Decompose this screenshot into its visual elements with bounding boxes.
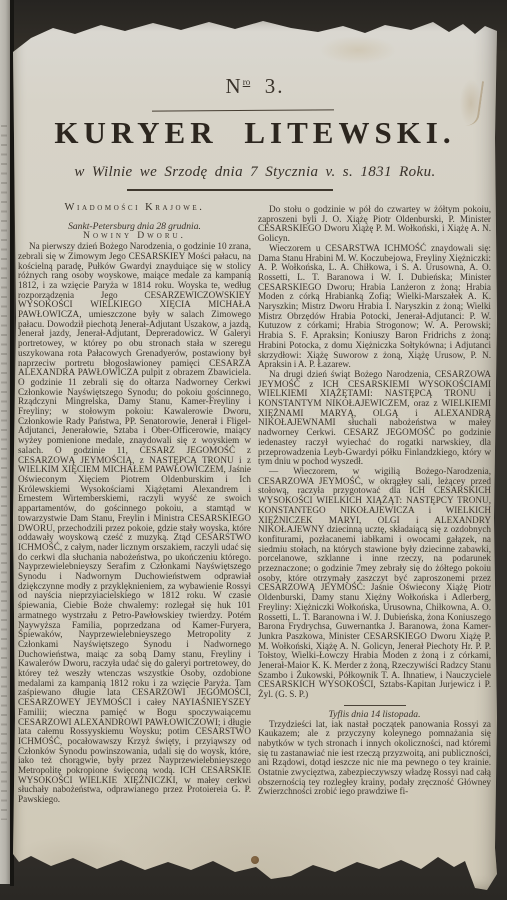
issue-underline-rule: [152, 109, 334, 111]
article-paragraph: — Wieczorem, w wigilią Bożego-Narodzenia…: [258, 467, 491, 700]
issue-letter: N: [226, 74, 243, 98]
newspaper-page: Nro 3. KURYER LITEWSKI. w Wilnie we Srzo…: [13, 18, 497, 893]
article-paragraph: Wieczorem u CESARSTWA ICHMOŚĆ znaydowali…: [258, 244, 491, 370]
issue-number: Nro 3.: [13, 74, 497, 99]
adjacent-page-text-edge: [1, 120, 7, 820]
scan-background: Nro 3. KURYER LITEWSKI. w Wilnie we Srzo…: [0, 0, 507, 900]
left-column: Wiadomości Krajowe. Sankt-Petersburg dni…: [18, 203, 251, 805]
ink-stain: [251, 856, 259, 864]
article-paragraph: Na drugi dzień świąt Bożego Narodzenia, …: [258, 370, 491, 467]
right-column: Do stołu o godzinie w pół do czwartey w …: [258, 205, 491, 797]
section-header-wiadomosci-krajowe: Wiadomości Krajowe.: [18, 203, 251, 213]
binding-strip: [0, 0, 10, 884]
article-paragraph: Na pierwszy dzień Bożego Narodzenia, o g…: [18, 242, 251, 805]
nowiny-dworu-subheader: Nowiny Dworu.: [18, 231, 251, 241]
section-divider-rule: [344, 705, 406, 706]
article-paragraph: Trzydzieści lat, iak nastał początek pan…: [258, 720, 491, 798]
binding-shadow-line: [10, 0, 14, 886]
article-paragraph: Do stołu o godzinie w pół do czwartey w …: [258, 205, 491, 244]
masthead-rule: [127, 189, 333, 191]
edition-dateline: w Wilnie we Srzodę dnia 7 Stycznia v. s.…: [13, 164, 497, 181]
issue-superscript: ro: [243, 77, 251, 87]
newspaper-title: KURYER LITEWSKI.: [13, 115, 497, 151]
issue-value: 3.: [265, 74, 285, 98]
